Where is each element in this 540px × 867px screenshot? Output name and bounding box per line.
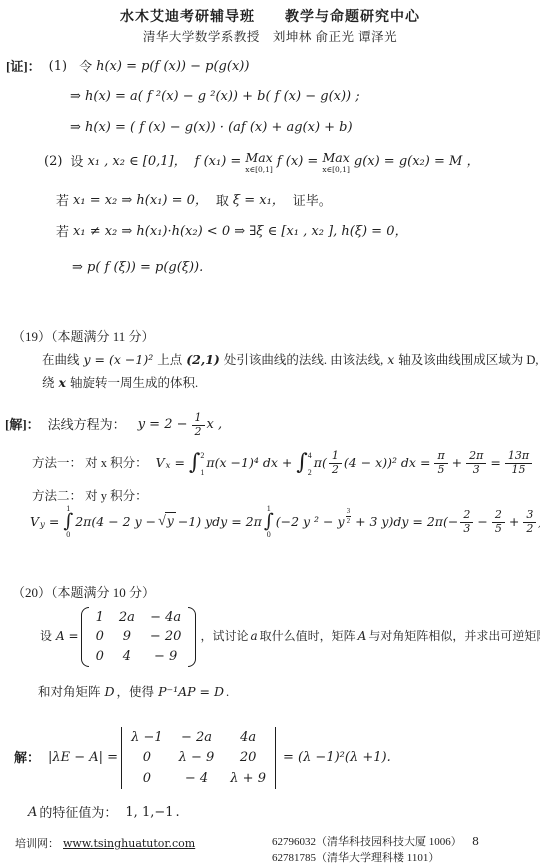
formula: π(x −1)⁴ dx + (206, 455, 292, 471)
proof-step-1-derivation-2: ⇒ h(x) = ( f (x) − g(x)) · (af (x) + ag(… (70, 120, 353, 137)
text: . (226, 684, 229, 700)
matrix-cell: 9 (119, 629, 135, 645)
max-operator: Max x∈[0,1] (245, 152, 273, 173)
max-operator: Max x∈[0,1] (322, 152, 350, 173)
text: 的特征值为： (39, 805, 117, 822)
sol20-eigenvalues-line: A 的特征值为： 1, 1,−1 . (28, 805, 180, 822)
formula: V (156, 455, 165, 471)
formula: x₁ , x₂ ∈ [0,1]， (87, 154, 186, 171)
matrix-cell: − 20 (150, 629, 182, 645)
sol19-method-2-label: 方法二： 对 y 积分： (32, 488, 148, 504)
formula: + 3 y)dy = 2π(− (355, 514, 458, 530)
fraction-denominator: 2 (347, 517, 351, 525)
formula: A (358, 629, 367, 645)
lower-bound: 2 (308, 469, 312, 477)
formula: A (28, 805, 37, 822)
lead-text: 若 (56, 224, 69, 241)
formula: g(x) = g(x₂) = M ， (354, 154, 480, 171)
fraction-denominator: 3 (461, 523, 472, 536)
sol19-method-2-formula: V y = 1 ∫ 0 2π(4 − 2 y − √ y −1) ydy = 2… (30, 503, 540, 541)
matrix-cell: 4 (119, 649, 135, 665)
subscript: x (166, 461, 171, 472)
lead-text: 若 (56, 193, 69, 210)
lower-bound: 0 (66, 531, 70, 539)
formula: (4 − x))² dx = (344, 455, 431, 471)
sol20-determinant-line: 解： |λE − A| = λ −1 − 2a 4a 0 λ − 9 20 0 … (14, 730, 391, 786)
q20-title: （20）（本题满分 10 分） (12, 585, 155, 602)
footer-phone-1: 62796032（清华科技园科技大厦 1006） (272, 835, 462, 849)
determinant-cell: λ −1 (131, 730, 163, 746)
determinant-cell: 4a (230, 730, 266, 746)
eigenvalues: 1, 1,−1 (125, 805, 173, 822)
doc-subtitle: 清华大学数学系教授 刘坤林 俞正光 谭泽光 (0, 29, 540, 45)
determinant-grid: λ −1 − 2a 4a 0 λ − 9 20 0 − 4 λ + 9 (121, 727, 276, 790)
fraction-numerator: 1 (329, 450, 342, 464)
fraction: 2 3 (460, 509, 473, 535)
website-label: 培训网： (15, 837, 59, 851)
fraction-numerator: 3 (346, 507, 352, 516)
q20-body-line-1: 设 A = 1 2a − 4a 0 9 − 20 0 4 − 9 ，试讨论 a … (40, 606, 540, 668)
upper-bound: 4 (308, 452, 312, 460)
lead-text: 设 (70, 154, 83, 171)
determinant-cell: λ − 9 (179, 750, 215, 766)
formula: π( (314, 455, 327, 471)
formula: x (387, 352, 394, 368)
integral-sign: ∫ (63, 513, 73, 530)
proof-label: [证]： (6, 59, 41, 76)
integral-sign: ∫ (189, 453, 200, 473)
fraction-numerator: 13π (505, 450, 532, 464)
max-operator-name: Max (322, 152, 349, 165)
formula: ⇒ h(x) = ( f (x) − g(x)) · (af (x) + ag(… (70, 120, 353, 137)
lead-text: 设 (40, 629, 52, 645)
fraction: 3 2 (523, 509, 536, 535)
formula: + (509, 514, 519, 530)
text: 绕 (42, 375, 55, 391)
fraction-denominator: 3 (471, 464, 482, 477)
website-link[interactable]: www.tsinghuatutor.com (63, 837, 195, 851)
text: 方法一： 对 x 积分： (32, 455, 148, 471)
fraction-denominator: 2 (330, 464, 341, 477)
integral-bounds: 2 1 (200, 450, 204, 477)
fraction-denominator: 5 (436, 464, 447, 477)
exponent-fraction: 3 2 (346, 507, 352, 524)
text: 法线方程为： (48, 417, 126, 434)
step-number: (2) (44, 154, 62, 171)
fraction-numerator: 2π (466, 450, 486, 464)
fraction-denominator: 2 (524, 523, 535, 536)
text: ，使得 (117, 684, 155, 700)
sol19-method-1: 方法一： 对 x 积分： V x = ∫ 2 1 π(x −1)⁴ dx + ∫… (32, 449, 532, 477)
text: 处引该曲线的法线. 由该法线, (224, 352, 383, 368)
formula: x₁ = x₂ ⇒ h(x₁) = 0， (73, 193, 208, 210)
fraction-numerator: 1 (192, 412, 205, 426)
square-root: √ y (158, 512, 176, 531)
lower-bound: 0 (267, 531, 271, 539)
matrix-cell: − 4a (150, 610, 182, 626)
formula: (2,1) (186, 352, 220, 368)
doc-title: 水木艾迪考研辅导班 教学与命题研究中心 (0, 9, 540, 27)
solution-label: [解]： (5, 417, 40, 434)
proof-step-1: [证]： (1) 令 h(x) = p(f (x)) − p(g(x)) (6, 59, 249, 76)
formula: = (490, 455, 500, 471)
upper-bound: 2 (200, 452, 204, 460)
formula: V (30, 514, 39, 530)
fraction-numerator: π (434, 450, 447, 464)
sol19-normal-line: [解]： 法线方程为： y = 2 − 1 2 x , (5, 412, 222, 438)
q20-body-line-2: 和对角矩阵 D ，使得 P⁻¹AP = D . (38, 684, 229, 700)
determinant-cell: 0 (131, 750, 163, 766)
formula: − (477, 514, 487, 530)
formula: f (x₁) = (195, 154, 242, 171)
text: 取什么值时，矩阵 (260, 629, 356, 645)
fraction-denominator: 5 (493, 523, 504, 536)
formula: P⁻¹AP = D (158, 684, 224, 700)
matrix-cell: 0 (96, 629, 104, 645)
text: 轴及该曲线围成区域为 D, 求 D (398, 352, 540, 368)
formula: A = (56, 629, 79, 645)
footer-website: 培训网： www.tsinghuatutor.com (15, 837, 195, 851)
determinant-cell: 0 (131, 771, 163, 787)
max-operator-domain: x∈[0,1] (322, 166, 350, 174)
proof-conclusion: ⇒ p( f (ξ)) = p(g(ξ)). (72, 260, 203, 277)
text: 证毕。 (293, 193, 332, 210)
fraction-numerator: 2 (492, 509, 505, 523)
max-operator-name: Max (245, 152, 272, 165)
radicand: y (165, 512, 176, 529)
formula: D (105, 684, 115, 700)
phone-line-1: 62796032（清华科技园科技大厦 1006） (272, 835, 462, 849)
formula: h(x) = p(f (x)) − p(g(x)) (96, 59, 249, 76)
doc-title-text: 水木艾迪考研辅导班 教学与命题研究中心 (120, 9, 420, 27)
formula: = (49, 514, 59, 530)
formula: y = 2 − (138, 417, 188, 434)
fraction-numerator: 2 (460, 509, 473, 523)
solution-label: 解： (14, 750, 40, 767)
q19-body-line-2: 绕 x 轴旋转一周生成的体积. (42, 375, 198, 391)
proof-case-equal: 若 x₁ = x₂ ⇒ h(x₁) = 0， 取 ξ = x₁， 证毕。 (56, 193, 332, 210)
text: 和对角矩阵 (38, 684, 101, 700)
formula: |λE − A| = (48, 750, 118, 767)
text: 方法二： 对 y 积分： (32, 488, 148, 504)
text: 取 (216, 193, 229, 210)
determinant-cell: − 4 (179, 771, 215, 787)
formula: −1) ydy = 2π (178, 514, 262, 530)
formula: x , (207, 417, 223, 434)
formula: = (λ −1)²(λ +1). (283, 750, 391, 767)
left-paren (81, 607, 89, 668)
q19-body-line-1: 在曲线 y = (x −1)² 上点 (2,1) 处引该曲线的法线. 由该法线,… (42, 352, 540, 368)
formula: ⇒ h(x) = a( f ²(x) − g ²(x)) + b( f (x) … (70, 89, 360, 106)
phone-line-2: 62781785（清华大学理科楼 1101） (272, 851, 439, 865)
matrix-cell: 1 (96, 610, 104, 626)
document-page: 水木艾迪考研辅导班 教学与命题研究中心 清华大学数学系教授 刘坤林 俞正光 谭泽… (0, 0, 540, 867)
fraction-denominator: 2 (193, 426, 204, 439)
matrix-cell: 0 (96, 649, 104, 665)
proof-step-1-derivation-1: ⇒ h(x) = a( f ²(x) − g ²(x)) + b( f (x) … (70, 89, 360, 106)
footer-phone-2: 62781785（清华大学理科楼 1101） (272, 851, 439, 865)
q19-title-text: （19）（本题满分 11 分） (12, 329, 155, 346)
formula: y = (x −1)² (84, 352, 154, 368)
formula: = (174, 455, 184, 471)
formula: ⇒ p( f (ξ)) = p(g(ξ)). (72, 260, 203, 277)
doc-subtitle-text: 清华大学数学系教授 刘坤林 俞正光 谭泽光 (143, 29, 397, 45)
page-number: 8 (472, 835, 479, 849)
page-number-text: 8 (472, 835, 479, 849)
matrix-cell: 2a (119, 610, 135, 626)
determinant-cell: − 2a (179, 730, 215, 746)
formula: x (59, 375, 66, 391)
text: 上点 (157, 352, 182, 368)
formula: + (452, 455, 462, 471)
matrix-cell: − 9 (150, 649, 182, 665)
fraction: 1 2 (192, 412, 205, 438)
fraction: 2π 3 (466, 450, 486, 476)
formula: f (x) = (277, 154, 318, 171)
fraction-denominator: 15 (509, 464, 527, 477)
formula: (−2 y ² − y (276, 514, 345, 530)
fraction-numerator: 3 (523, 509, 536, 523)
text: . (176, 805, 180, 822)
text: 轴旋转一周生成的体积. (70, 375, 198, 391)
integral-bounds: 4 2 (308, 450, 312, 477)
fraction: 2 5 (492, 509, 505, 535)
integral-with-bounds: 1 ∫ 0 (63, 505, 73, 538)
text: ，试讨论 (200, 629, 248, 645)
determinant-cell: λ + 9 (230, 771, 266, 787)
integral-sign: ∫ (264, 513, 274, 530)
fraction: 1 2 (329, 450, 342, 476)
integral-with-bounds: 1 ∫ 0 (264, 505, 274, 538)
fraction: 13π 15 (505, 450, 532, 476)
integral-sign: ∫ (296, 453, 307, 473)
proof-case-unequal: 若 x₁ ≠ x₂ ⇒ h(x₁)·h(x₂) < 0 ⇒ ∃ξ ∈ [x₁ ,… (56, 224, 407, 241)
right-paren (188, 607, 196, 668)
formula: 2π(4 − 2 y − (75, 514, 156, 530)
text: 在曲线 (42, 352, 80, 368)
determinant-cell: 20 (230, 750, 266, 766)
formula: x₁ ≠ x₂ ⇒ h(x₁)·h(x₂) < 0 ⇒ ∃ξ ∈ [x₁ , x… (73, 224, 407, 241)
q19-title: （19）（本题满分 11 分） (12, 329, 155, 346)
subscript: y (40, 520, 45, 531)
formula: a (250, 629, 257, 645)
matrix-A: 1 2a − 4a 0 9 − 20 0 4 − 9 (81, 607, 197, 668)
step-number: (1) (49, 59, 67, 76)
q20-title-text: （20）（本题满分 10 分） (12, 585, 155, 602)
lower-bound: 1 (200, 469, 204, 477)
proof-step-2: (2) 设 x₁ , x₂ ∈ [0,1]， f (x₁) = Max x∈[0… (44, 152, 479, 173)
lead-text: 令 (79, 59, 92, 76)
matrix-grid: 1 2a − 4a 0 9 − 20 0 4 − 9 (89, 607, 189, 668)
text: 与对角矩阵相似，并求出可逆矩阵 (368, 629, 540, 645)
max-operator-domain: x∈[0,1] (245, 166, 273, 174)
fraction: π 5 (434, 450, 447, 476)
formula: ξ = x₁， (233, 193, 285, 210)
